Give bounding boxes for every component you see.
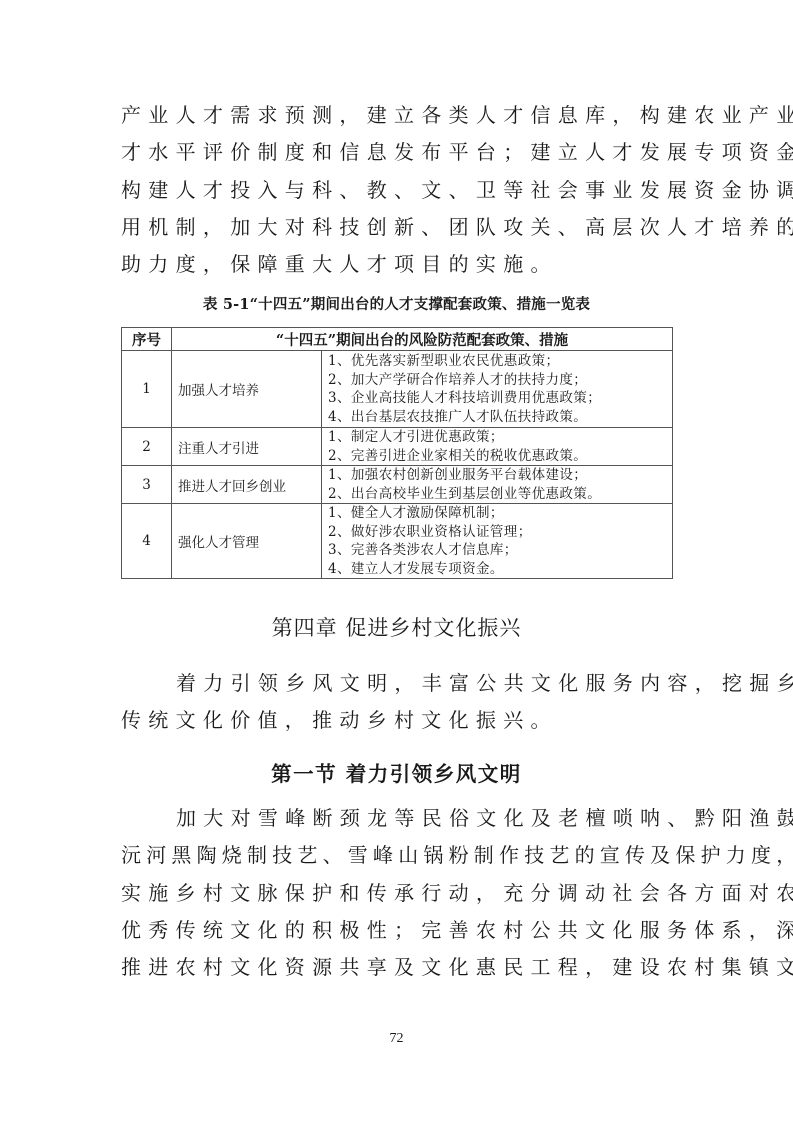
policy-item: 1、优先落实新型职业农民优惠政策； bbox=[328, 352, 666, 371]
paragraph-line: 用机制，加大对科技创新、团队攻关、高层次人才培养的资 bbox=[121, 209, 681, 246]
policy-item: 1、健全人才激励保障机制； bbox=[328, 504, 666, 523]
policy-item: 3、完善各类涉农人才信息库； bbox=[328, 541, 666, 560]
row-category: 注重人才引进 bbox=[172, 428, 322, 466]
row-items: 1、加强农村创新创业服务平台载体建设； 2、出台高校毕业生到基层创业等优惠政策。 bbox=[322, 466, 673, 504]
row-items: 1、健全人才激励保障机制； 2、做好涉农职业资格认证管理； 3、完善各类涉农人才… bbox=[322, 504, 673, 579]
paragraph-line: 产业人才需求预测，建立各类人才信息库，构建农业产业人 bbox=[121, 97, 681, 134]
paragraph-line: 才水平评价制度和信息发布平台；建立人才发展专项资金， bbox=[121, 134, 681, 171]
policy-item: 2、完善引进企业家相关的税收优惠政策。 bbox=[328, 447, 666, 466]
row-number: 1 bbox=[122, 351, 172, 428]
header-policy: “十四五”期间出台的风险防范配套政策、措施 bbox=[172, 328, 673, 351]
policy-item: 2、出台高校毕业生到基层创业等优惠政策。 bbox=[328, 485, 666, 504]
table-header-row: 序号 “十四五”期间出台的风险防范配套政策、措施 bbox=[122, 328, 673, 351]
header-no: 序号 bbox=[122, 328, 172, 351]
row-category: 加强人才培养 bbox=[172, 351, 322, 428]
paragraph-line: 传统文化价值，推动乡村文化振兴。 bbox=[121, 702, 681, 739]
paragraph-line: 优秀传统文化的积极性；完善农村公共文化服务体系，深入 bbox=[121, 912, 681, 949]
row-items: 1、优先落实新型职业农民优惠政策； 2、加大产学研合作培养人才的扶持力度； 3、… bbox=[322, 351, 673, 428]
table-row: 4 强化人才管理 1、健全人才激励保障机制； 2、做好涉农职业资格认证管理； 3… bbox=[122, 504, 673, 579]
paragraph-line: 助力度，保障重大人才项目的实施。 bbox=[121, 246, 681, 283]
policy-item: 4、出台基层农技推广人才队伍扶持政策。 bbox=[328, 408, 666, 427]
paragraph-line: 实施乡村文脉保护和传承行动，充分调动社会各方面对农村 bbox=[121, 875, 681, 912]
paragraph-line: 沅河黑陶烧制技艺、雪峰山锅粉制作技艺的宣传及保护力度， bbox=[121, 837, 681, 874]
paragraph-line: 推进农村文化资源共享及文化惠民工程，建设农村集镇文化 bbox=[121, 949, 681, 986]
policy-item: 2、做好涉农职业资格认证管理； bbox=[328, 523, 666, 542]
section-heading: 第一节 着力引领乡风文明 bbox=[121, 757, 672, 787]
intro-paragraph: 产业人才需求预测，建立各类人才信息库，构建农业产业人 才水平评价制度和信息发布平… bbox=[121, 97, 681, 283]
row-number: 4 bbox=[122, 504, 172, 579]
policy-item: 2、加大产学研合作培养人才的扶持力度； bbox=[328, 371, 666, 390]
table-caption: 表 5-1“十四五”期间出台的人才支撑配套政策、措施一览表 bbox=[121, 293, 672, 314]
row-number: 3 bbox=[122, 466, 172, 504]
chapter-intro-paragraph: 着力引领乡风文明，丰富公共文化服务内容，挖掘乡村 传统文化价值，推动乡村文化振兴… bbox=[121, 665, 681, 740]
paragraph-line: 加大对雪峰断颈龙等民俗文化及老檀唢呐、黔阳渔鼓、 bbox=[121, 800, 681, 837]
policy-item: 3、企业高技能人才科技培训费用优惠政策； bbox=[328, 389, 666, 408]
table-row: 1 加强人才培养 1、优先落实新型职业农民优惠政策； 2、加大产学研合作培养人才… bbox=[122, 351, 673, 428]
paragraph-line: 着力引领乡风文明，丰富公共文化服务内容，挖掘乡村 bbox=[121, 665, 681, 702]
table-row: 2 注重人才引进 1、制定人才引进优惠政策； 2、完善引进企业家相关的税收优惠政… bbox=[122, 428, 673, 466]
row-category: 推进人才回乡创业 bbox=[172, 466, 322, 504]
row-number: 2 bbox=[122, 428, 172, 466]
table-row: 3 推进人才回乡创业 1、加强农村创新创业服务平台载体建设； 2、出台高校毕业生… bbox=[122, 466, 673, 504]
page-number: 72 bbox=[0, 1031, 793, 1047]
policy-item: 1、制定人才引进优惠政策； bbox=[328, 428, 666, 447]
policy-item: 4、建立人才发展专项资金。 bbox=[328, 560, 666, 579]
paragraph-line: 构建人才投入与科、教、文、卫等社会事业发展资金协调使 bbox=[121, 172, 681, 209]
policy-table: 序号 “十四五”期间出台的风险防范配套政策、措施 1 加强人才培养 1、优先落实… bbox=[121, 327, 673, 579]
chapter-heading: 第四章 促进乡村文化振兴 bbox=[121, 612, 672, 642]
section-paragraph: 加大对雪峰断颈龙等民俗文化及老檀唢呐、黔阳渔鼓、 沅河黑陶烧制技艺、雪峰山锅粉制… bbox=[121, 800, 681, 986]
document-page: 产业人才需求预测，建立各类人才信息库，构建农业产业人 才水平评价制度和信息发布平… bbox=[0, 0, 793, 1122]
row-items: 1、制定人才引进优惠政策； 2、完善引进企业家相关的税收优惠政策。 bbox=[322, 428, 673, 466]
row-category: 强化人才管理 bbox=[172, 504, 322, 579]
policy-item: 1、加强农村创新创业服务平台载体建设； bbox=[328, 466, 666, 485]
